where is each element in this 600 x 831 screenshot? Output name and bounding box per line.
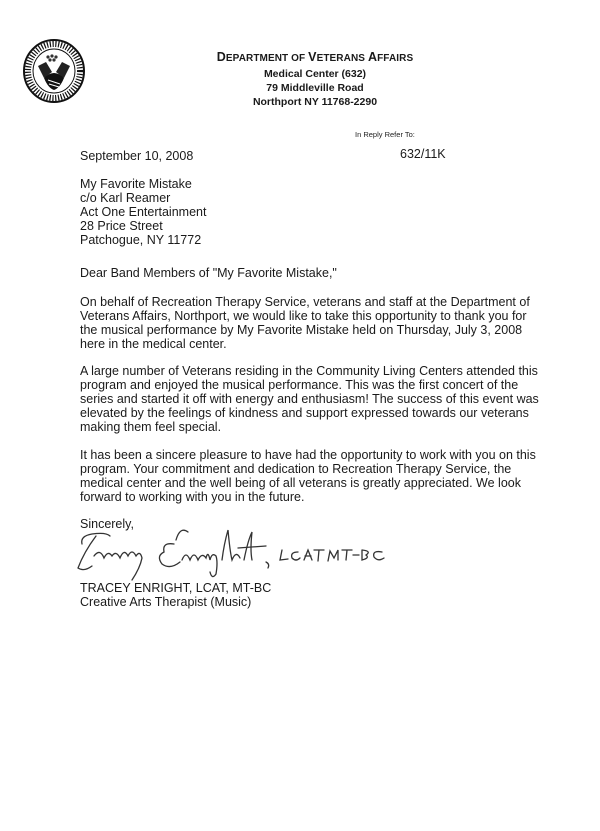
letter-date: September 10, 2008 — [80, 149, 193, 163]
body-paragraph: A large number of Veterans residing in t… — [80, 364, 540, 434]
handwritten-signature — [70, 522, 390, 582]
department-name: DEPARTMENT OF VETERANS AFFAIRS — [150, 49, 480, 67]
recipient-address: My Favorite Mistake c/o Karl Reamer Act … — [80, 177, 206, 247]
letterhead: DEPARTMENT OF VETERANS AFFAIRS Medical C… — [150, 49, 480, 109]
body-paragraph: On behalf of Recreation Therapy Service,… — [80, 295, 540, 351]
address-line: 28 Price Street — [80, 219, 206, 233]
va-seal-icon — [22, 38, 86, 104]
signer-title: Creative Arts Therapist (Music) — [80, 595, 271, 609]
facility-street: 79 Middleville Road — [150, 81, 480, 95]
reply-refer-label: In Reply Refer To: — [355, 130, 415, 139]
address-line: Act One Entertainment — [80, 205, 206, 219]
address-line: Patchogue, NY 11772 — [80, 233, 206, 247]
address-line: c/o Karl Reamer — [80, 191, 206, 205]
signer-name: TRACEY ENRIGHT, LCAT, MT-BC — [80, 581, 271, 595]
address-line: My Favorite Mistake — [80, 177, 206, 191]
body-paragraph: It has been a sincere pleasure to have h… — [80, 448, 540, 504]
facility-city: Northport NY 11768-2290 — [150, 95, 480, 109]
salutation: Dear Band Members of "My Favorite Mistak… — [80, 266, 337, 280]
signer-block: TRACEY ENRIGHT, LCAT, MT-BC Creative Art… — [80, 581, 271, 609]
reply-refer-code: 632/11K — [400, 147, 446, 161]
facility-name: Medical Center (632) — [150, 67, 480, 81]
